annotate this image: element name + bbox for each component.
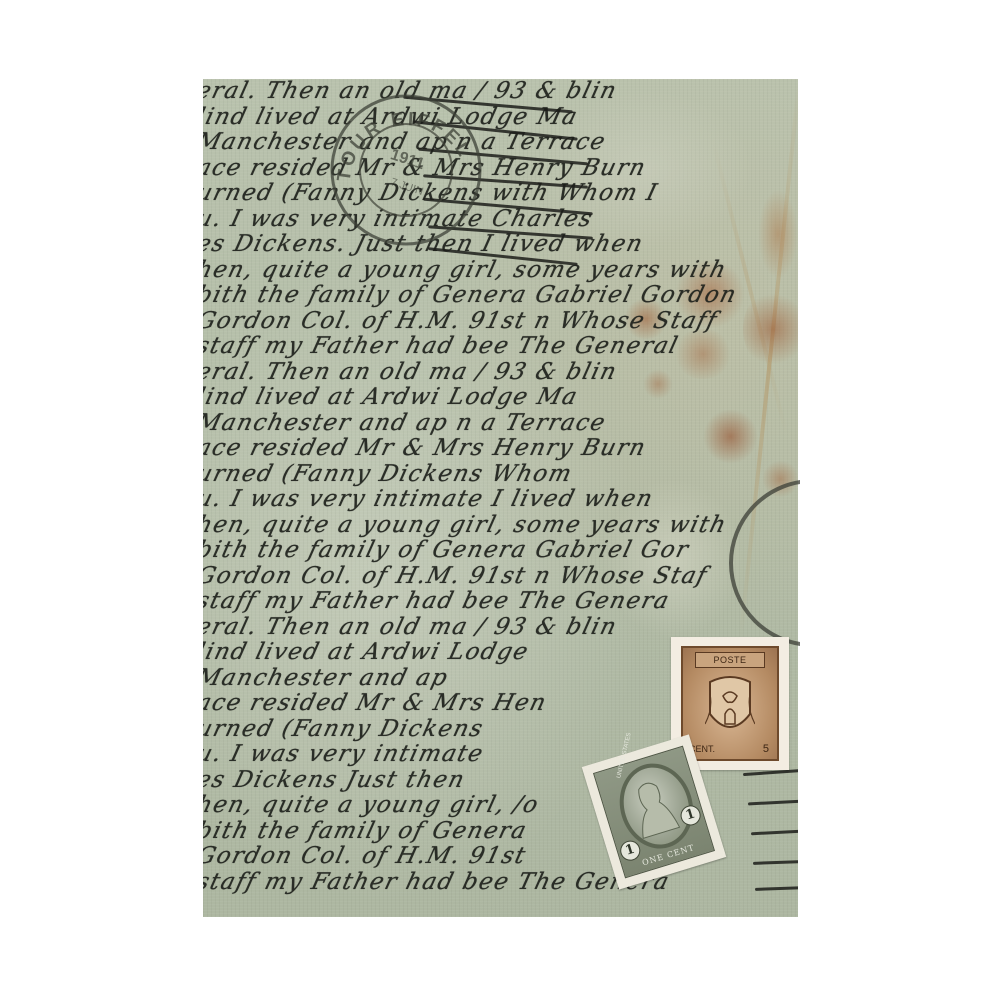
- handwritten-text: eral. Then an old ma / 93 & blin lind li…: [203, 79, 798, 917]
- text-line: Manchester and ap n a Terrace: [203, 411, 609, 436]
- postmark-date: 7 JUIN: [389, 176, 425, 198]
- text-line: bith the family of Genera: [203, 819, 530, 844]
- text-line: staff my Father had bee The General: [203, 334, 681, 359]
- postmark-year: 1911: [388, 146, 426, 173]
- text-line: lind lived at Ardwi Lodge: [203, 640, 532, 665]
- text-line: lind lived at Ardwi Lodge Ma: [203, 385, 581, 410]
- text-line: bith the family of Genera Gabriel Gor: [203, 538, 692, 563]
- svg-text:TOUR EIFFEL: TOUR EIFFEL: [334, 109, 476, 183]
- text-line: urned (Fanny Dickens Whom: [203, 462, 575, 487]
- text-line: staff my Father had bee The Genera: [203, 589, 672, 614]
- text-line: es Dickens Just then: [203, 768, 468, 793]
- text-line: bith the family of Genera Gabriel Gordon: [203, 283, 740, 308]
- stamp-poste-label: POSTE: [695, 652, 765, 668]
- text-line: u. I was very intimate: [203, 742, 487, 767]
- text-line: eral. Then an old ma / 93 & blin: [203, 615, 620, 640]
- postmark-icon: TOUR EIFFEL 1911 7 JUIN: [328, 92, 484, 248]
- stamp-design: UNITED STATES 1 1 ONE CENT: [593, 746, 715, 879]
- coat-of-arms-icon: [705, 674, 755, 740]
- text-line: eral. Then an old ma / 93 & blin: [203, 360, 620, 385]
- text-line: Gordon Col. of H.M. 91st n Whose Staf: [203, 564, 710, 589]
- stamp-design: POSTE CENT. 5: [681, 646, 779, 761]
- portrait-icon: [614, 762, 688, 845]
- postmark-ring-text: TOUR EIFFEL: [334, 109, 476, 183]
- stamp-value: 5: [763, 743, 769, 755]
- text-line: Manchester and ap: [203, 666, 451, 691]
- text-line: ace resided Mr & Mrs Henry Burn: [203, 436, 649, 461]
- text-line: urned (Fanny Dickens: [203, 717, 486, 742]
- letter-paper: eral. Then an old ma / 93 & blin lind li…: [203, 79, 798, 917]
- text-line: hen, quite a young girl, some years with: [203, 258, 730, 283]
- text-line: hen, quite a young girl, some years with: [203, 513, 730, 538]
- text-line: Gordon Col. of H.M. 91st n Whose Staff: [203, 309, 720, 334]
- partial-postmark: [718, 478, 800, 648]
- circular-postmark: TOUR EIFFEL 1911 7 JUIN: [328, 92, 484, 248]
- text-line: ace resided Mr & Mrs Hen: [203, 691, 550, 716]
- text-line: u. I was very intimate I lived when: [203, 487, 656, 512]
- postmark-arc-icon: [718, 478, 800, 648]
- text-line: staff my Father had bee The Genera: [203, 870, 672, 895]
- text-line: Gordon Col. of H.M. 91st: [203, 844, 529, 869]
- text-line: hen, quite a young girl, /o: [203, 793, 542, 818]
